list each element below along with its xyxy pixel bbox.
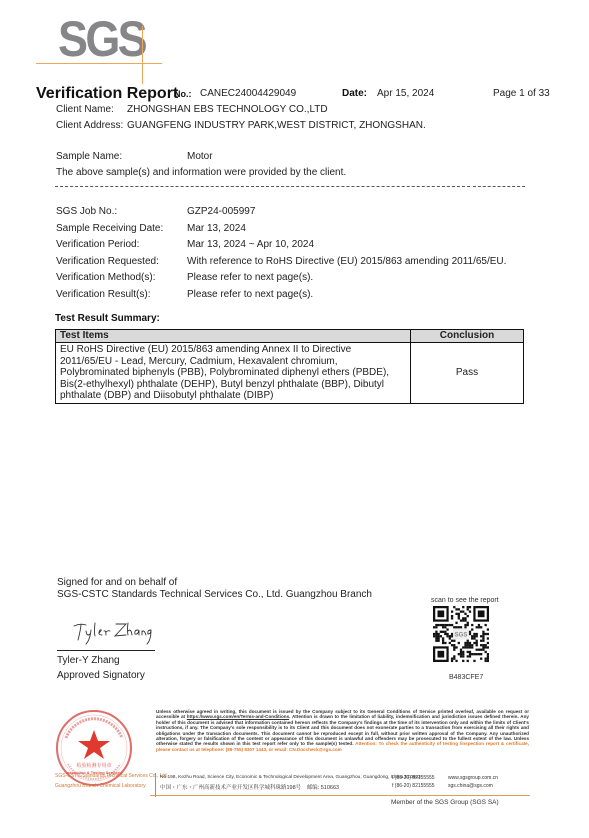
logo-accent-hline	[36, 63, 162, 64]
signing-organization: SGS-CSTC Standards Technical Services Co…	[57, 589, 372, 600]
footer-accent-vline	[155, 773, 156, 797]
report-no-value: CANEC24004429049	[200, 88, 296, 99]
qr-code-icon[interactable]: SGS	[433, 606, 489, 674]
member-note: Member of the SGS Group (SGS SA)	[391, 799, 499, 806]
qr-caption: scan to see the report	[431, 597, 499, 604]
signer-name: Tyler-Y Zhang	[57, 655, 120, 666]
terms-link[interactable]: https://www.sgs.com/en/Terms-and-Conditi…	[187, 714, 289, 719]
address-chinese: 中国・广东・广州高新技术产业开发区科学城科珠路198号 邮编: 510663	[160, 783, 339, 791]
info-value: Mar 13, 2024	[187, 223, 246, 234]
address-english: No.198, Kezhu Road, Science City, Econom…	[160, 775, 421, 780]
seal-caption-company: SGS-CSTC Standards Technical Services Co…	[55, 773, 168, 779]
info-value: Mar 13, 2024 ~ Apr 10, 2024	[187, 239, 314, 250]
client-address-value: GUANGFENG INDUSTRY PARK,WEST DISTRICT, Z…	[127, 120, 426, 131]
logo-text: SGS	[58, 10, 145, 68]
date-value: Apr 15, 2024	[377, 88, 434, 99]
sgs-logo: SGS	[36, 14, 160, 76]
svg-text:检验检测专用章: 检验检测专用章	[76, 762, 111, 769]
page-number: Page 1 of 33	[493, 88, 550, 99]
client-name-label: Client Name:	[56, 104, 114, 115]
website-link[interactable]: www.sgsgroup.com.cn	[448, 775, 498, 781]
dashed-divider-end	[473, 186, 525, 187]
info-value: With reference to RoHS Directive (EU) 20…	[187, 256, 506, 267]
table-header-row: Test Items Conclusion	[56, 330, 524, 343]
sample-name-label: Sample Name:	[56, 151, 122, 162]
info-label: Verification Requested:	[56, 256, 159, 267]
signature-line	[57, 650, 155, 651]
summary-title: Test Result Summary:	[55, 313, 160, 324]
conclusion-cell: Pass	[411, 343, 524, 404]
legal-disclaimer: Unless otherwise agreed in writing, this…	[156, 709, 529, 752]
signer-title: Approved Signatory	[57, 670, 145, 681]
table-row: EU RoHS Directive (EU) 2015/863 amending…	[56, 343, 524, 404]
info-label: SGS Job No.:	[56, 206, 117, 217]
result-summary-table: Test Items Conclusion EU RoHS Directive …	[55, 329, 524, 404]
info-value: Please refer to next page(s).	[187, 272, 313, 283]
svg-text:SGS: SGS	[455, 633, 468, 639]
column-header-test-items: Test Items	[56, 330, 411, 343]
signed-on-behalf-label: Signed for and on behalf of	[57, 577, 177, 588]
sample-name-value: Motor	[187, 151, 213, 162]
qr-verification-code: B483CFE7	[449, 674, 483, 681]
seal-caption-lab: Guangzhou Branch Chemical Laboratory.	[55, 783, 147, 789]
report-no-label: No.:	[174, 89, 192, 99]
report-title: Verification Report	[36, 85, 178, 103]
client-name-value: ZHONGSHAN EBS TECHNOLOGY CO.,LTD	[127, 104, 328, 115]
email-link[interactable]: sgs.china@sgs.com	[448, 783, 493, 789]
date-label: Date:	[342, 88, 367, 99]
handwritten-signature	[72, 620, 152, 646]
fax: f (86-20) 82155555	[392, 783, 435, 789]
client-address-label: Client Address:	[56, 120, 123, 131]
info-label: Sample Receiving Date:	[56, 223, 163, 234]
info-label: Verification Method(s):	[56, 272, 156, 283]
provided-note: The above sample(s) and information were…	[56, 167, 346, 178]
info-label: Verification Period:	[56, 239, 139, 250]
test-item-cell: EU RoHS Directive (EU) 2015/863 amending…	[56, 343, 411, 404]
inspection-seal-stamp-icon: 检验检测专用章 Inspection & Testing Services	[52, 708, 136, 792]
info-value: Please refer to next page(s).	[187, 289, 313, 300]
telephone: t (86-20) 82155555	[392, 775, 435, 781]
footer-accent-hline	[150, 795, 530, 796]
info-value: GZP24-005997	[187, 206, 255, 217]
dashed-divider	[55, 186, 470, 187]
logo-accent-vline	[142, 26, 143, 84]
info-label: Verification Result(s):	[56, 289, 150, 300]
column-header-conclusion: Conclusion	[411, 330, 524, 343]
